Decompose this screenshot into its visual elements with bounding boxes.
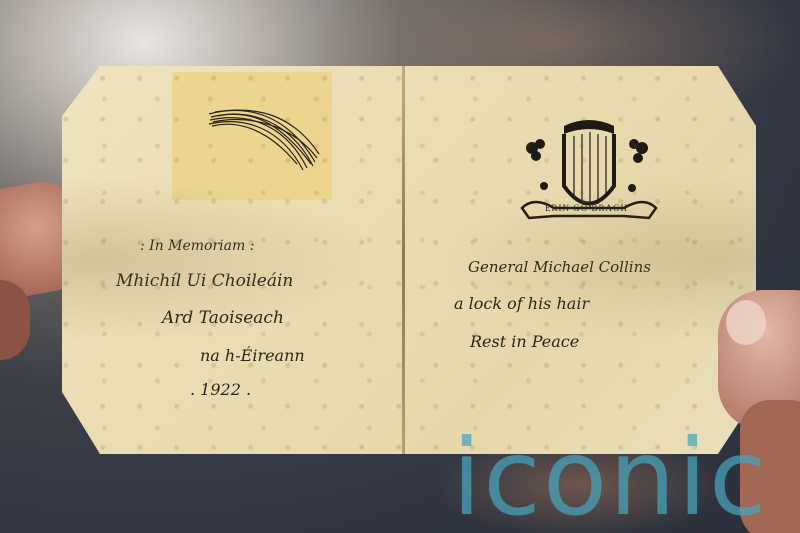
left-line-1: : In Memoriam : [140, 238, 254, 254]
harp-emblem [514, 116, 664, 231]
right-line-3: Rest in Peace [470, 332, 579, 351]
lock-of-hair [207, 104, 322, 174]
emblem-banner-text: ERIN GO BRAGH [534, 203, 639, 213]
right-line-2: a lock of his hair [454, 294, 589, 313]
left-line-2: Mhichíl Ui Choileáin [116, 271, 293, 291]
thumbnail [726, 300, 766, 345]
hair-tape [172, 72, 332, 200]
left-line-5: . 1922 . [190, 380, 251, 399]
memorial-card: : In Memoriam : Mhichíl Ui Choileáin Ard… [62, 66, 756, 454]
iconic-watermark: iconic [452, 428, 769, 528]
left-line-3: Ard Taoiseach [162, 308, 284, 328]
right-line-1: General Michael Collins [468, 258, 651, 276]
card-fold [402, 66, 405, 454]
left-line-4: na h-Éireann [200, 346, 305, 365]
